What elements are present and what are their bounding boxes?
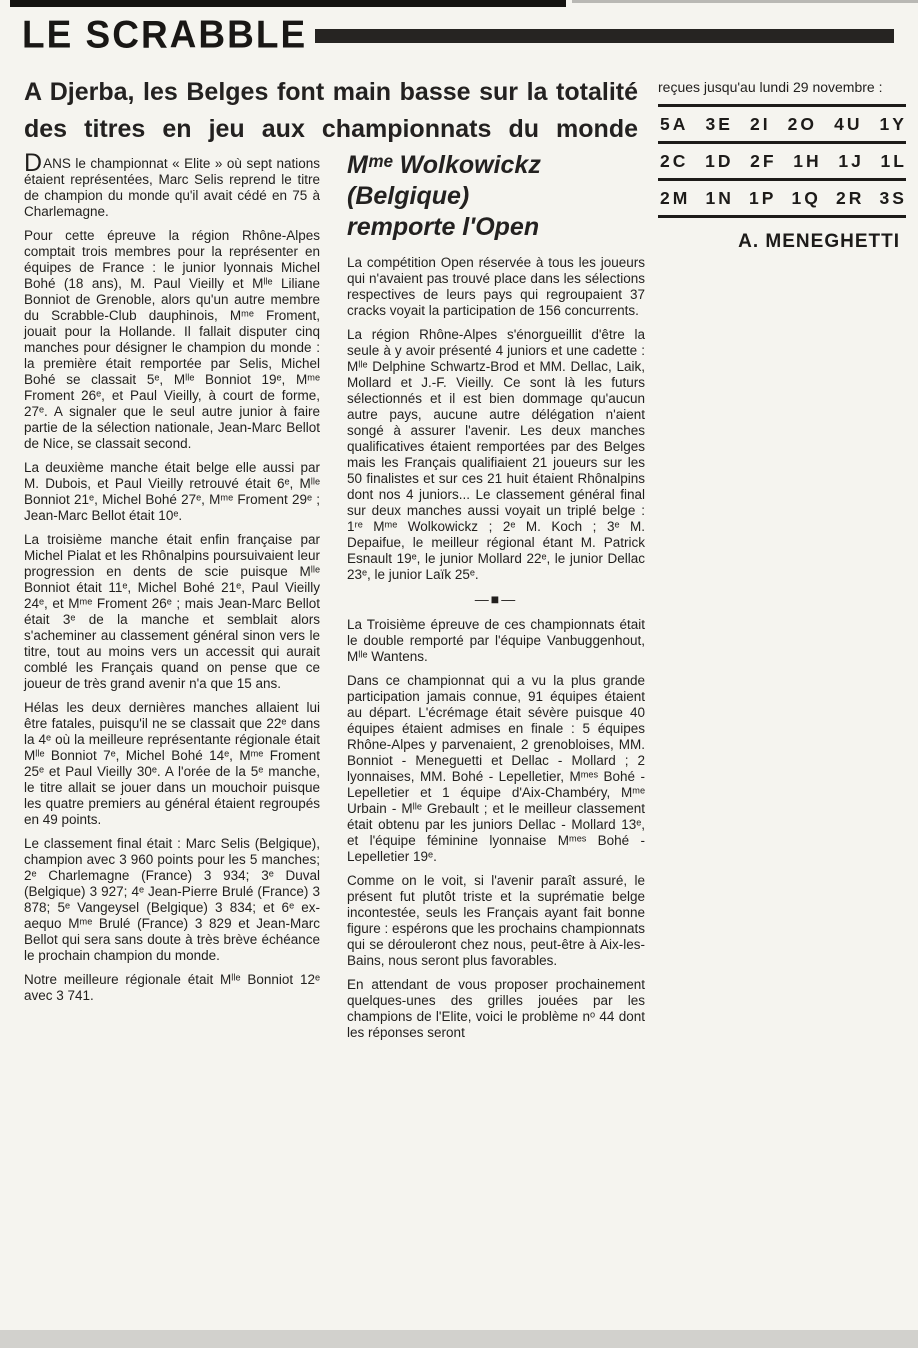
tile-count: 3: [880, 188, 890, 208]
column-2: Mᵐᵉ Wolkowickz (Belgique) remporte l'Ope…: [347, 150, 645, 1049]
tile-pair: 3S: [880, 190, 904, 206]
tile-pair: 1J: [838, 153, 860, 169]
paragraph: En attendant de vous proposer prochainem…: [347, 977, 645, 1041]
tile-count: 2: [660, 188, 670, 208]
tile-pair: 1Q: [792, 190, 818, 206]
tile-pair: 1D: [705, 153, 730, 169]
section-header: LE SCRABBLE: [22, 16, 894, 53]
tile-letter: J: [851, 151, 861, 171]
tile-count: 1: [793, 151, 803, 171]
tile-count: 1: [705, 188, 715, 208]
paragraph: Dans ce championnat qui a vu la plus gra…: [347, 673, 645, 865]
paragraph: La Troisième épreuve de ces championnats…: [347, 617, 645, 665]
open-subheadline-line-1: Mᵐᵉ Wolkowickz: [347, 150, 645, 181]
tile-letter: U: [847, 114, 860, 134]
tile-pair: 2I: [750, 116, 768, 132]
paragraph: La compétition Open réservée à tous les …: [347, 255, 645, 319]
tile-count: 1: [880, 114, 890, 134]
header-rule-bar: [315, 29, 894, 43]
tile-pair: 1L: [881, 153, 904, 169]
section-divider-ornament: —■—: [347, 591, 645, 607]
tile-pair: 1N: [705, 190, 730, 206]
tiles-intro-text: reçues jusqu'au lundi 29 novembre :: [658, 78, 906, 96]
tile-pair: 2R: [836, 190, 861, 206]
tile-letter: L: [893, 151, 904, 171]
tile-pair: 3E: [705, 116, 729, 132]
tile-letter: N: [718, 188, 731, 208]
column-1: DANS le championnat « Elite » où sept na…: [24, 156, 320, 1012]
tile-pair: 2F: [750, 153, 773, 169]
tile-pair: 5A: [660, 116, 685, 132]
tile-letter: S: [892, 188, 904, 208]
author-byline: A. MENEGHETTI: [658, 234, 906, 250]
tile-letter: R: [849, 188, 862, 208]
tile-pair: 1Y: [880, 116, 904, 132]
paragraph: Le classement final était : Marc Selis (…: [24, 836, 320, 964]
tile-letter: A: [673, 114, 686, 134]
headline-line-2: des titres en jeu aux championnats du mo…: [24, 111, 638, 148]
paragraph-lead: DANS le championnat « Elite » où sept na…: [24, 156, 320, 220]
tile-count: 1: [749, 188, 759, 208]
tile-count: 2: [750, 114, 760, 134]
tile-letter: M: [673, 188, 688, 208]
tile-letter: Q: [804, 188, 818, 208]
tile-pair: 1P: [749, 190, 773, 206]
paragraph: La troisième manche était enfin français…: [24, 532, 320, 692]
tile-count: 1: [792, 188, 802, 208]
tile-count: 2: [750, 151, 760, 171]
tile-pair: 2C: [660, 153, 685, 169]
tile-pair: 1H: [793, 153, 818, 169]
tile-pair: 2O: [788, 116, 814, 132]
tile-count: 3: [705, 114, 715, 134]
page-top-edge: [10, 0, 566, 7]
headline-line-1: A Djerba, les Belges font main basse sur…: [24, 74, 638, 111]
paragraph: Pour cette épreuve la région Rhône-Alpes…: [24, 228, 320, 452]
tile-row: 2C 1D 2F 1H 1J 1L: [658, 144, 906, 178]
tile-letter: D: [718, 151, 731, 171]
paragraph: Notre meilleure régionale était Mˡˡᵉ Bon…: [24, 972, 320, 1004]
paragraph-lead-text: ANS le championnat « Elite » où sept nat…: [24, 156, 320, 219]
tile-letter: F: [763, 151, 774, 171]
tile-letter: Y: [892, 114, 904, 134]
tile-pair: 2M: [660, 190, 687, 206]
tile-letter: P: [762, 188, 774, 208]
tile-row: 2M 1N 1P 1Q 2R 3S: [658, 181, 906, 215]
open-subheadline: Mᵐᵉ Wolkowickz (Belgique) remporte l'Ope…: [347, 150, 645, 243]
tile-count: 4: [834, 114, 844, 134]
tile-count: 1: [881, 151, 891, 171]
tile-row: 5A 3E 2I 2O 4U 1Y: [658, 107, 906, 141]
open-subheadline-line-3: remporte l'Open: [347, 212, 645, 243]
tile-letter: C: [673, 151, 686, 171]
newspaper-page: LE SCRABBLE A Djerba, les Belges font ma…: [0, 0, 918, 1348]
tile-count: 1: [838, 151, 848, 171]
section-title: LE SCRABBLE: [22, 15, 307, 54]
headline: A Djerba, les Belges font main basse sur…: [24, 74, 638, 148]
tile-letter: O: [800, 114, 814, 134]
paragraph: Hélas les deux dernières manches allaien…: [24, 700, 320, 828]
page-top-edge-right: [572, 0, 918, 3]
column-3: reçues jusqu'au lundi 29 novembre : 5A 3…: [658, 78, 906, 250]
tile-rule: [658, 215, 906, 218]
tile-count: 2: [836, 188, 846, 208]
tile-count: 2: [788, 114, 798, 134]
tile-letter: H: [806, 151, 819, 171]
paragraph: La région Rhône-Alpes s'énorgueillit d'ê…: [347, 327, 645, 583]
tile-pair: 4U: [834, 116, 859, 132]
open-subheadline-line-2: (Belgique): [347, 181, 645, 212]
page-bottom-edge: [0, 1330, 918, 1348]
paragraph: Comme on le voit, si l'avenir paraît ass…: [347, 873, 645, 969]
tile-count: 1: [705, 151, 715, 171]
tile-letter: E: [718, 114, 730, 134]
tile-letter: I: [763, 114, 768, 134]
tile-count: 2: [660, 151, 670, 171]
tile-count: 5: [660, 114, 670, 134]
paragraph: La deuxième manche était belge elle auss…: [24, 460, 320, 524]
